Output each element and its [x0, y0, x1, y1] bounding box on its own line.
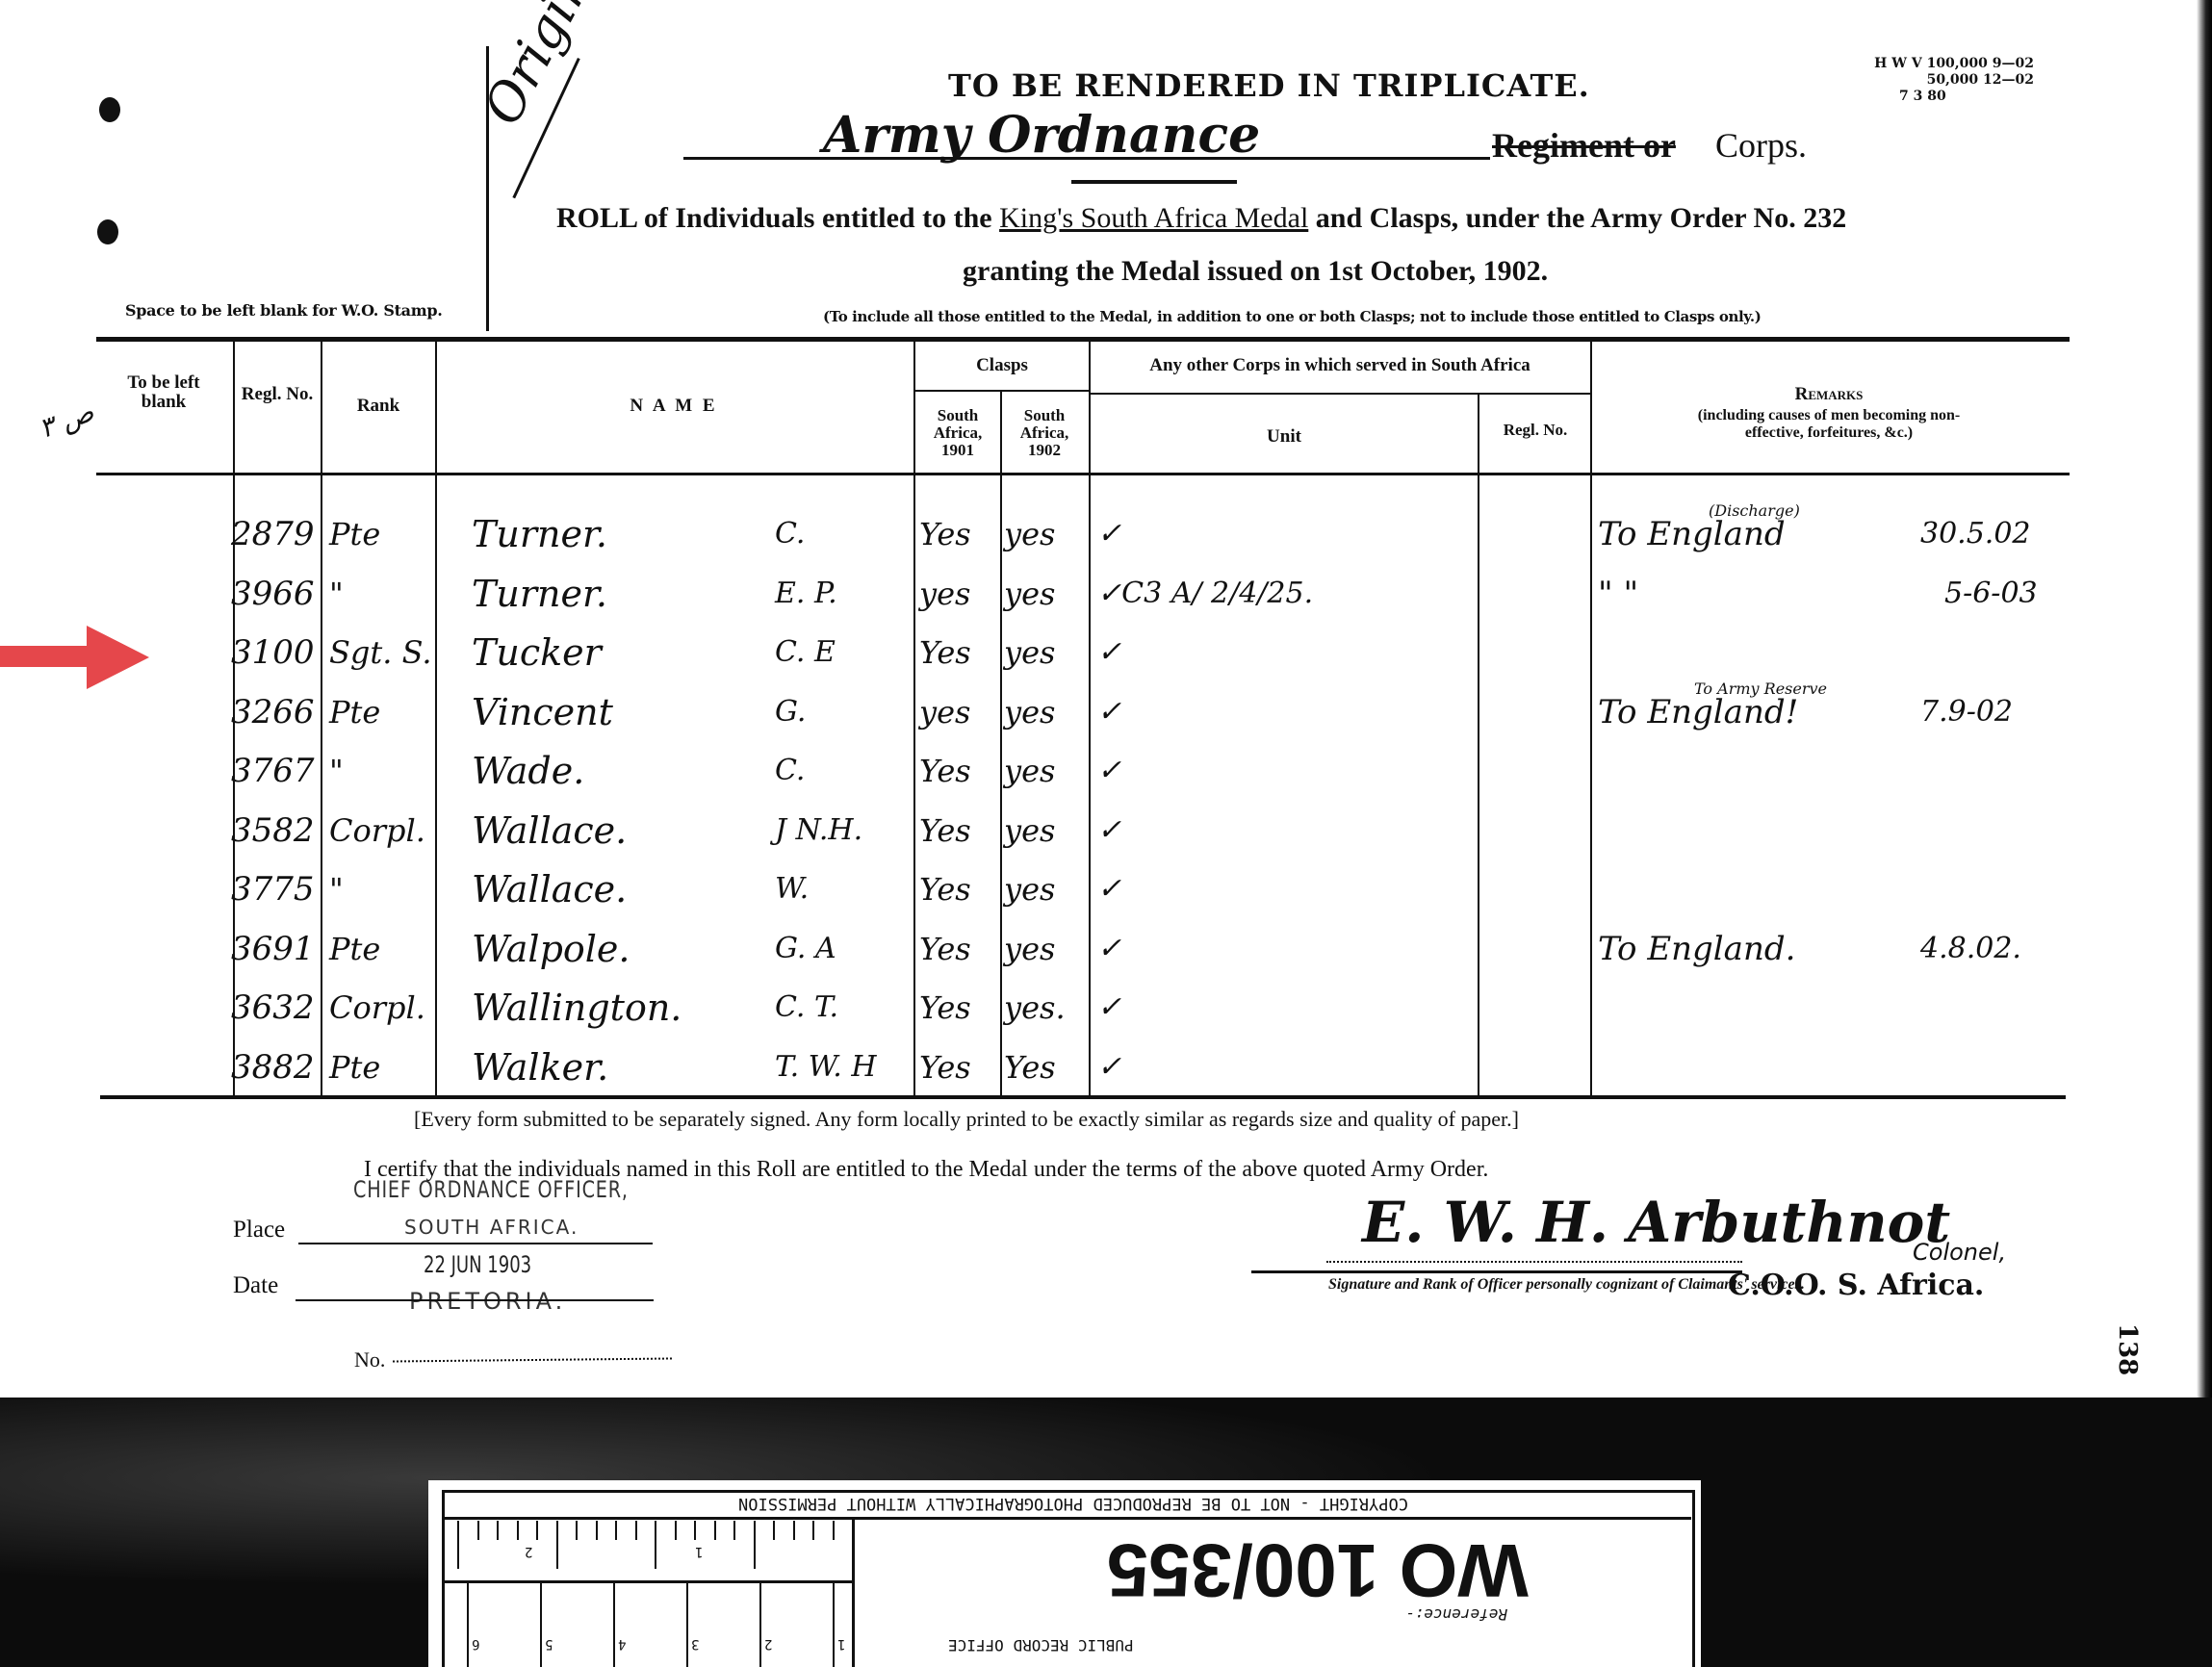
ruler-label-top: 2: [525, 1544, 532, 1559]
cell-initials: G. A: [775, 930, 836, 968]
cell-surname: Vincent: [472, 693, 613, 731]
cell-remarks-date: 4.8.02.: [1920, 930, 2021, 968]
punch-hole-top: [99, 97, 120, 122]
header-other-regl-no: Regl. No.: [1482, 422, 1588, 439]
header-name: N A M E: [438, 397, 910, 416]
col-divider-4: [913, 341, 915, 1097]
cell-initials: C.: [775, 752, 805, 790]
cell-remarks: To England.: [1598, 930, 1795, 968]
ruler-label-bottom: 4: [618, 1636, 626, 1652]
reference-label-text: Reference:-: [1405, 1605, 1507, 1624]
table-top-rule: [96, 337, 2070, 342]
date-value: PRETORIA.: [409, 1288, 566, 1315]
cell-surname: Walpole.: [472, 930, 630, 968]
ruler-tick: [793, 1521, 795, 1540]
cell-clasp-1901: Yes: [919, 870, 971, 909]
page-edge-shadow: [2197, 0, 2212, 1403]
cell-regl-no: 2879: [231, 515, 315, 553]
ruler-label-bottom: 6: [472, 1636, 479, 1652]
cell-clasp-1902: yes: [1004, 693, 1055, 731]
stamp-date: 22 JUN 1903: [424, 1251, 531, 1278]
cell-surname: Turner.: [472, 515, 607, 553]
ruler-tick: [615, 1521, 617, 1540]
punch-hole-bottom: [97, 219, 118, 244]
roll-line-1-pre: ROLL of Individuals entitled to the: [556, 202, 992, 234]
place-label: Place: [233, 1217, 285, 1244]
copyright-text: COPYRIGHT - NOT TO BE REPRODUCED PHOTOGR…: [738, 1494, 1408, 1513]
ruler-tick: [833, 1521, 835, 1540]
col-divider-3: [435, 341, 437, 1097]
reference-label: Reference:-: [1405, 1605, 1507, 1624]
cell-rank: Sgt. S.: [329, 633, 432, 672]
cell-regl-no: 3266: [231, 693, 315, 731]
cell-initials: C. T.: [775, 988, 838, 1027]
ruler-label-bottom: 2: [764, 1636, 772, 1652]
roll-line-2: granting the Medal issued on 1st October…: [963, 255, 1548, 288]
rank-colonel: Colonel,: [1913, 1239, 2006, 1266]
cell-remarks: " ": [1598, 575, 1638, 613]
col-divider-7: [1478, 395, 1479, 1097]
header-regl-no: Regl. No.: [239, 385, 316, 404]
ruler-divider: [852, 1519, 855, 1667]
cell-other-unit: ✓: [1097, 515, 1121, 553]
highlight-arrow-shaft: [0, 646, 87, 667]
cell-rank: Pte: [329, 693, 380, 731]
col-divider-6: [1089, 341, 1091, 1097]
cell-initials: W.: [775, 870, 809, 909]
cell-rank: Corpl.: [329, 988, 425, 1027]
ruler-tick: [733, 1521, 735, 1540]
reference-number: WO 100/355: [1107, 1526, 1529, 1614]
roll-line-1-post: and Clasps, under the Army Order No. 232: [1316, 202, 1846, 234]
corps-short-rule: [1071, 180, 1237, 184]
ruler-tick: [497, 1521, 499, 1540]
cell-regl-no: 3582: [231, 811, 315, 850]
cell-other-unit: ✓: [1097, 633, 1121, 672]
cell-surname: Wallington.: [472, 988, 682, 1027]
roll-line-1: ROLL of Individuals entitled to the King…: [556, 202, 1846, 235]
roll-note: (To include all those entitled to the Me…: [823, 308, 1761, 325]
ruler-cell-divider: [759, 1583, 761, 1667]
table-bottom-rule: [100, 1095, 2066, 1099]
ruler-cell-divider: [686, 1583, 688, 1667]
ruler-tick: [773, 1521, 775, 1540]
cell-rank: ": [329, 870, 344, 909]
ruler-tick: [576, 1521, 578, 1540]
highlight-arrow-icon: [87, 626, 149, 689]
regiment-struck: Regiment or: [1492, 125, 1676, 166]
clasps-subrule: [914, 390, 1090, 392]
cell-rank: Pte: [329, 930, 380, 968]
cell-clasp-1901: Yes: [919, 1048, 971, 1087]
cell-regl-no: 3632: [231, 988, 315, 1027]
cell-surname: Tucker: [472, 633, 602, 672]
cell-surname: Wallace.: [472, 870, 627, 909]
cell-other-unit: ✓: [1097, 811, 1121, 850]
ruler-tick: [694, 1521, 696, 1540]
cell-clasp-1902: yes: [1004, 811, 1055, 850]
cell-clasp-1901: yes: [919, 693, 970, 731]
print-code-line2: 50,000 12—02: [1822, 72, 2034, 89]
header-other-corps: Any other Corps in which served in South…: [1092, 356, 1588, 375]
cell-regl-no: 3100: [231, 633, 315, 672]
ruler-tick: [536, 1521, 538, 1540]
place-value: SOUTH AFRICA.: [404, 1216, 579, 1239]
cell-other-unit: ✓: [1097, 693, 1121, 731]
cell-rank: Pte: [329, 515, 380, 553]
cell-regl-no: 3882: [231, 1048, 315, 1087]
place-line: [298, 1243, 653, 1244]
office-text: PUBLIC RECORD OFFICE: [948, 1636, 1134, 1654]
cell-rank: Corpl.: [329, 811, 425, 850]
ruler-label-top: 1: [695, 1544, 703, 1559]
cell-remarks-date: 5-6-03: [1944, 575, 2038, 613]
wo-stamp-space-label: Space to be left blank for W.O. Stamp.: [125, 301, 443, 320]
cell-clasp-1901: Yes: [919, 811, 971, 850]
table-header-bottom-rule: [96, 473, 2070, 475]
cell-clasp-1902: yes: [1004, 870, 1055, 909]
cell-remarks-note: (Discharge): [1709, 492, 1800, 530]
cell-clasp-1902: Yes: [1004, 1048, 1056, 1087]
cell-regl-no: 3775: [231, 870, 315, 909]
cell-clasp-1902: yes: [1004, 575, 1055, 613]
public-record-office: PUBLIC RECORD OFFICE: [948, 1636, 1134, 1654]
stamp-officer: CHIEF ORDNANCE OFFICER,: [353, 1176, 629, 1203]
cell-clasp-1901: Yes: [919, 988, 971, 1027]
ruler-cell-divider: [613, 1583, 615, 1667]
cell-surname: Wade.: [472, 752, 584, 790]
signature-line: [1251, 1270, 1742, 1273]
cell-regl-no: 3966: [231, 575, 315, 613]
ruler-cell-divider: [467, 1583, 469, 1667]
cell-rank: Pte: [329, 1048, 380, 1087]
header-clasp-1901: South Africa, 1901: [919, 407, 996, 459]
cell-clasp-1901: Yes: [919, 515, 971, 553]
header-unit: Unit: [1092, 427, 1477, 447]
form-note: [Every form submitted to be separately s…: [414, 1107, 1519, 1132]
cell-clasp-1901: Yes: [919, 930, 971, 968]
reference-text: WO 100/355: [1107, 1526, 1529, 1614]
header-remarks-sub: (including causes of men becoming non-ef…: [1675, 407, 1983, 442]
ruler-middle-rule: [444, 1580, 853, 1583]
col-divider-8: [1590, 341, 1592, 1097]
cell-initials: C. E: [775, 633, 836, 672]
print-code-line3: 7 3 80: [1822, 89, 2034, 105]
form-title: TO BE RENDERED IN TRIPLICATE.: [948, 67, 1590, 104]
ruler-label-bottom: 1: [837, 1636, 845, 1652]
print-code-line1: H W V 100,000 9—02: [1822, 56, 2034, 72]
col-divider-5: [1000, 392, 1002, 1097]
cell-rank: ": [329, 575, 344, 613]
folio-number: 138: [2113, 1323, 2142, 1375]
cell-remarks-date: 30.5.02: [1920, 515, 2031, 553]
no-label: No.: [354, 1347, 385, 1372]
cell-clasp-1901: yes: [919, 575, 970, 613]
ruler-label-bottom: 3: [691, 1636, 699, 1652]
other-corps-subrule: [1090, 393, 1590, 395]
cell-other-unit: ✓: [1097, 988, 1121, 1027]
cell-remarks-note: To Army Reserve: [1694, 670, 1827, 708]
cell-initials: J N.H.: [775, 811, 862, 850]
ruler-tick: [596, 1521, 598, 1540]
ruler-tick: [675, 1521, 677, 1540]
cell-clasp-1901: Yes: [919, 752, 971, 790]
header-to-be-left-blank: To be left blank: [116, 373, 212, 412]
cell-surname: Wallace.: [472, 811, 627, 850]
date-label: Date: [233, 1272, 278, 1299]
cell-clasp-1902: yes.: [1004, 988, 1066, 1027]
date-line: [296, 1299, 654, 1301]
ruler-tick: [812, 1521, 814, 1540]
cell-initials: E. P.: [775, 575, 837, 613]
ruler-tick: [477, 1521, 479, 1540]
copyright-rule: [444, 1517, 1691, 1520]
cell-initials: G.: [775, 693, 806, 731]
col-divider-2: [321, 341, 322, 1097]
ruler-tick: [754, 1521, 756, 1569]
cell-clasp-1902: yes: [1004, 930, 1055, 968]
cell-surname: Walker.: [472, 1048, 608, 1087]
cell-initials: C.: [775, 515, 805, 553]
medal-name: King's South Africa Medal: [999, 202, 1308, 234]
ruler-cell-divider: [540, 1583, 542, 1667]
corps-label: Corps.: [1715, 125, 1807, 166]
header-rank: Rank: [325, 397, 431, 416]
header-clasps: Clasps: [915, 356, 1089, 375]
cell-regl-no: 3691: [231, 930, 315, 968]
cell-clasp-1902: yes: [1004, 515, 1055, 553]
rank-dotted-line: [1326, 1261, 1742, 1263]
ruler-tick: [714, 1521, 716, 1540]
cell-clasp-1901: Yes: [919, 633, 971, 672]
coo-stamp: C.O.O. S. Africa.: [1728, 1269, 1984, 1302]
ruler-tick: [655, 1521, 656, 1569]
print-code: H W V 100,000 9—02 50,000 12—02 7 3 80: [1822, 56, 2034, 105]
header-clasp-1902: South Africa, 1902: [1004, 407, 1085, 459]
ruler-tick: [635, 1521, 637, 1540]
copyright-notice: COPYRIGHT - NOT TO BE REPRODUCED PHOTOGR…: [664, 1494, 1482, 1513]
ruler-label-bottom: 5: [545, 1636, 553, 1652]
corps-underline: [683, 157, 1490, 160]
header-remarks: Remarks: [1636, 385, 2021, 404]
cell-surname: Turner.: [472, 575, 607, 613]
officer-signature: E. W. H. Arbuthnot: [1362, 1190, 1950, 1255]
cell-other-unit: ✓: [1097, 752, 1121, 790]
ruler-tick: [556, 1521, 558, 1569]
ruler-cell-divider: [833, 1583, 835, 1667]
cell-remarks-date: 7.9-02: [1920, 693, 2013, 731]
corps-handwritten: Army Ordnance: [823, 106, 1260, 165]
cell-regl-no: 3767: [231, 752, 315, 790]
cell-clasp-1902: yes: [1004, 633, 1055, 672]
cell-other-unit: ✓C3 A/ 2/4/25.: [1097, 575, 1313, 613]
cell-initials: T. W. H: [775, 1048, 877, 1087]
cell-clasp-1902: yes: [1004, 752, 1055, 790]
cell-other-unit: ✓: [1097, 870, 1121, 909]
cell-rank: ": [329, 752, 344, 790]
ruler-tick: [457, 1521, 459, 1569]
ruler-tick: [517, 1521, 519, 1540]
cell-other-unit: ✓: [1097, 930, 1121, 968]
cell-other-unit: ✓: [1097, 1048, 1121, 1087]
